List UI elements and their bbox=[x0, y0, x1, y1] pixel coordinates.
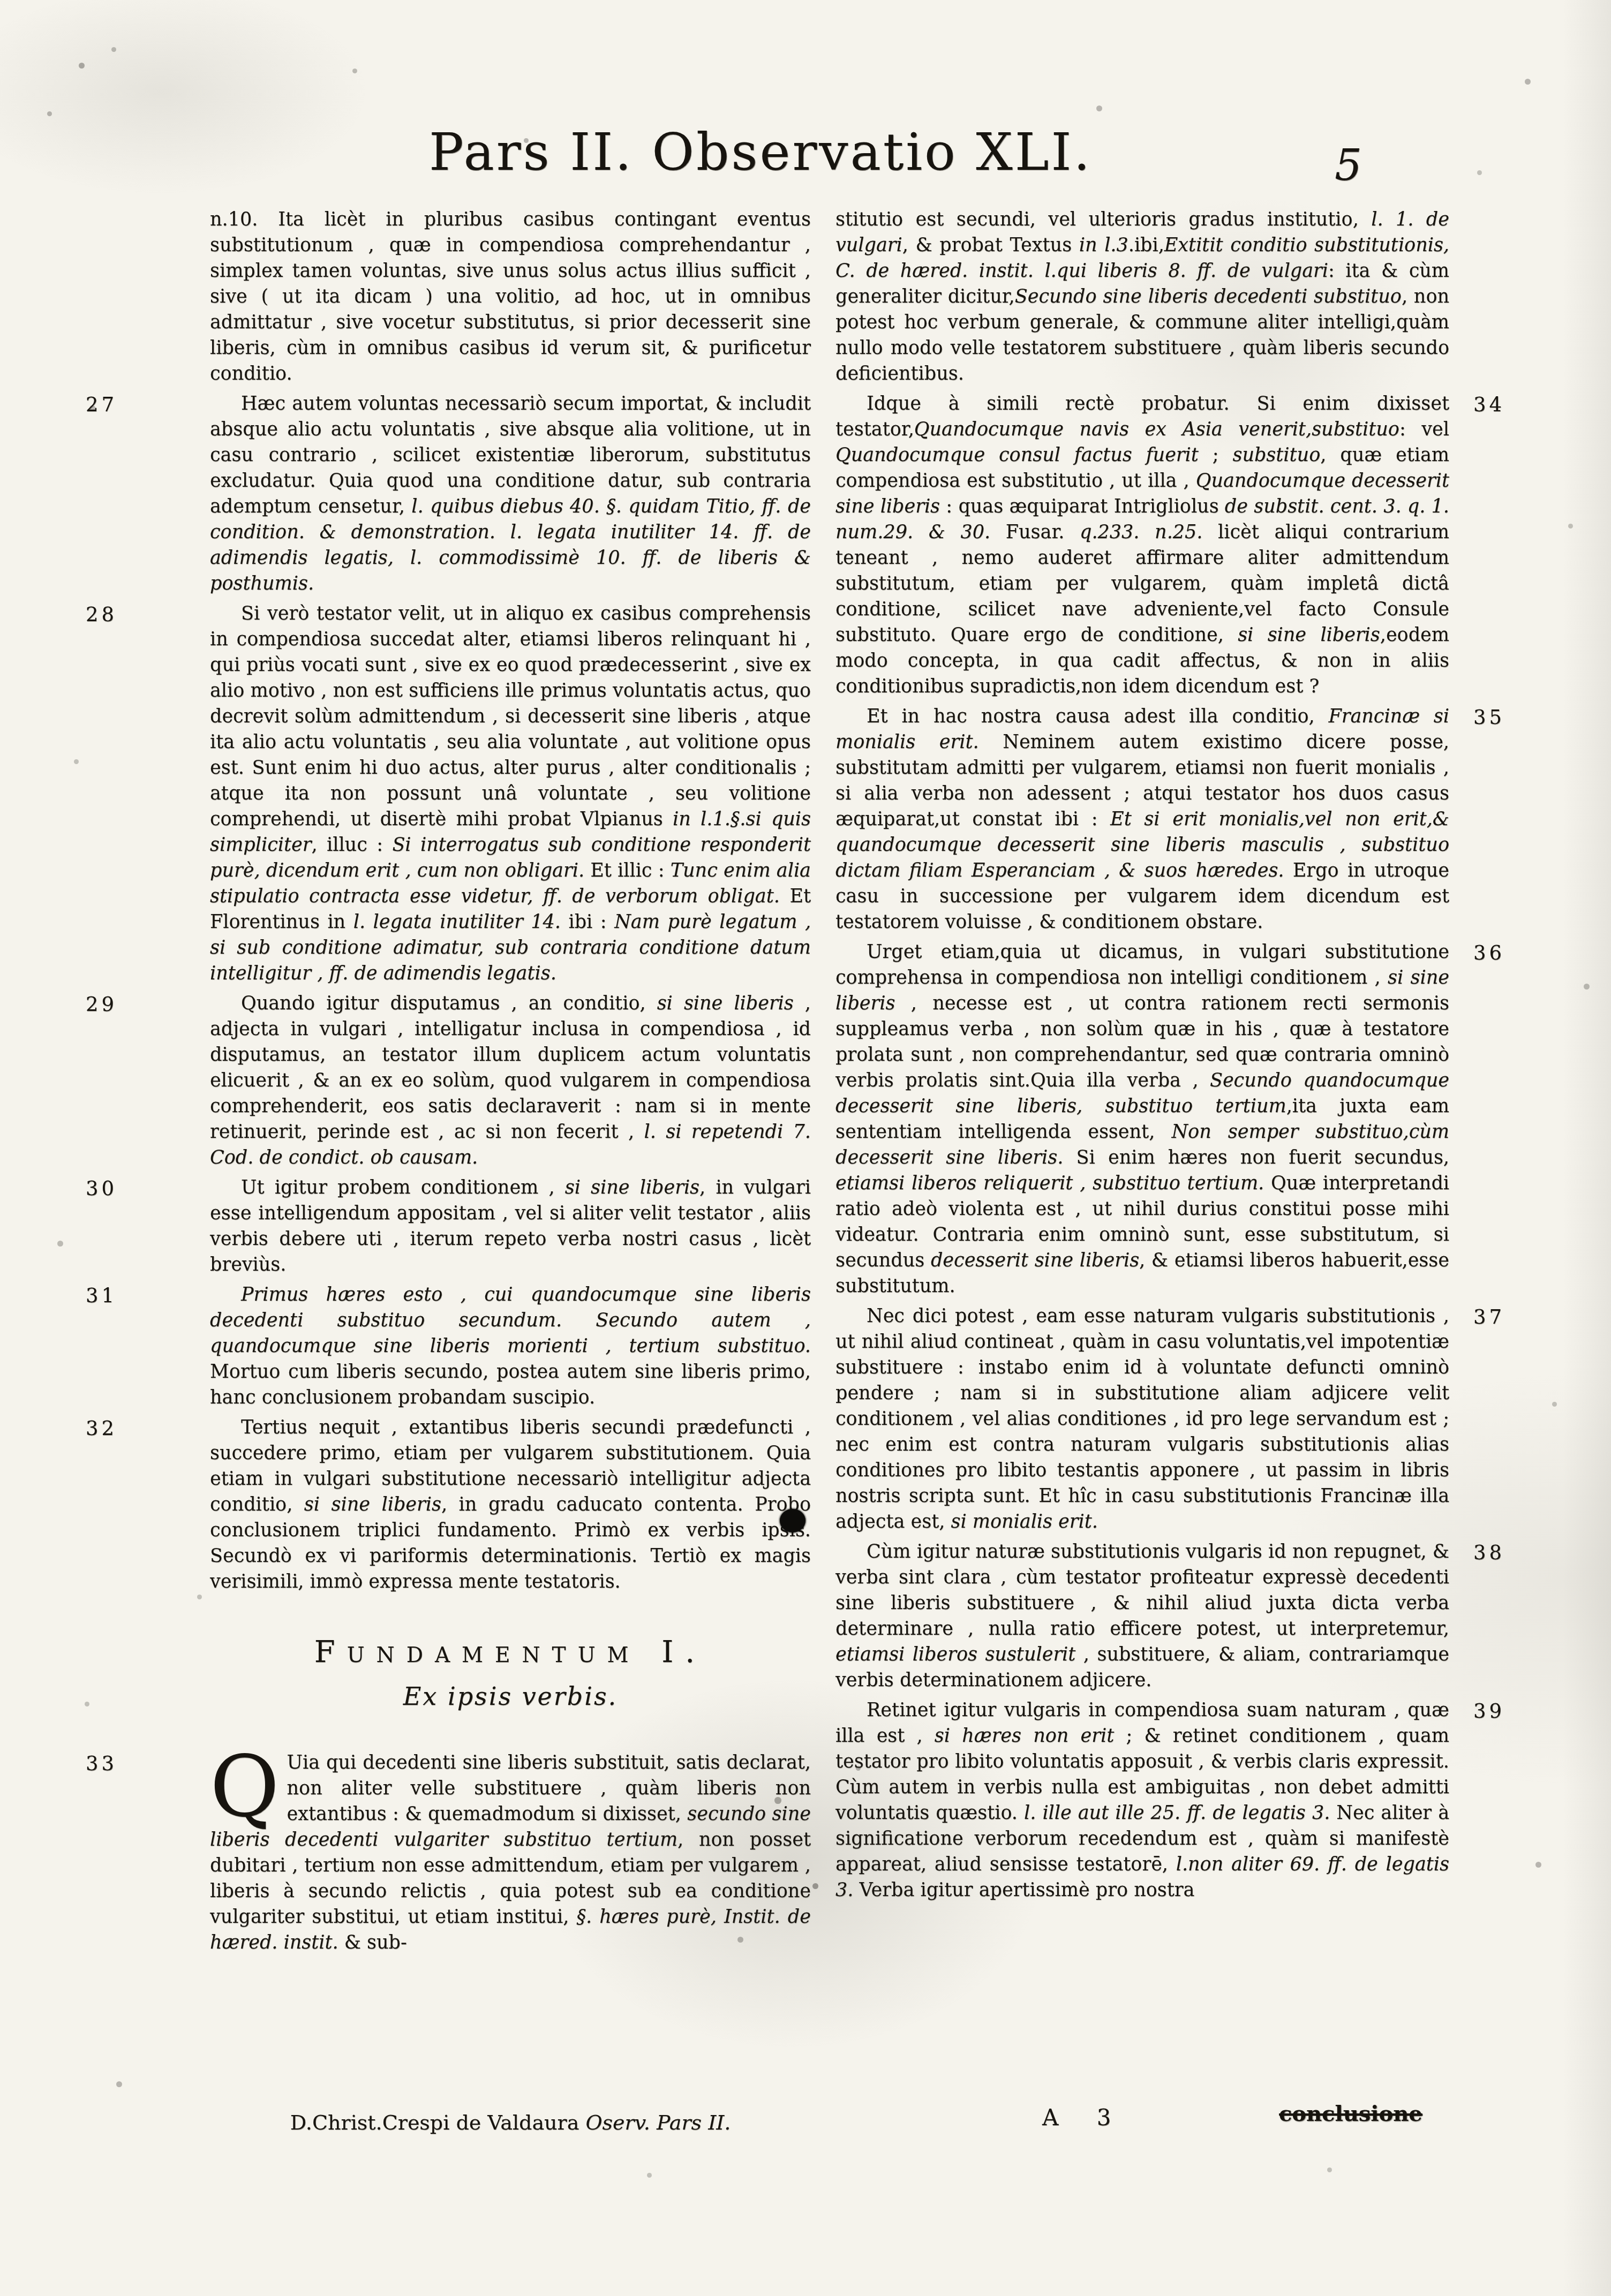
paragraph: 33QUia qui decedenti sine liberis substi… bbox=[210, 1750, 811, 1955]
italic-text-run: Primus hæres esto , cui quandocumque sin… bbox=[210, 1284, 811, 1357]
page-header: Pars II. Observatio XLI. bbox=[343, 122, 1178, 182]
scan-speckles bbox=[0, 0, 3, 3]
text-run: Ut igitur probem conditionem , bbox=[241, 1177, 565, 1198]
text-run: Et in hac nostra causa adest illa condit… bbox=[867, 706, 1328, 727]
paragraph: 28Si verò testator velit, ut in aliquo e… bbox=[210, 601, 811, 986]
margin-number: 29 bbox=[86, 992, 117, 1017]
margin-number: 36 bbox=[1473, 940, 1505, 966]
text-run: : quas æquiparat Intrigliolus bbox=[940, 496, 1225, 517]
margin-number: 39 bbox=[1473, 1698, 1505, 1724]
italic-text-run: si sine liberis bbox=[657, 993, 794, 1014]
paragraph: 38Cùm igitur naturæ substitutionis vulga… bbox=[835, 1539, 1449, 1693]
text-run: Et illic : bbox=[584, 860, 671, 881]
italic-text-run: si hæres non erit bbox=[935, 1725, 1114, 1747]
paragraph: 36Urget etiam,quia ut dicamus, in vulgar… bbox=[835, 939, 1449, 1299]
paragraph: n.10. Ita licèt in pluribus casibus cont… bbox=[210, 207, 811, 387]
text-run: Si verò testator velit, ut in aliquo ex … bbox=[210, 603, 811, 830]
italic-text-run: Quandocumque consul factus fuerit bbox=[835, 444, 1199, 466]
scanned-book-page: { "header": { "title": "Pars II. Observa… bbox=[0, 0, 1611, 2296]
italic-text-run: etiamsi liberos sustulerit bbox=[835, 1644, 1075, 1665]
italic-text-run: Quandocumque navis ex Asia venerit,subst… bbox=[914, 419, 1399, 440]
text-run: Nec dici potest , eam esse naturam vulga… bbox=[835, 1305, 1449, 1532]
margin-number: 33 bbox=[86, 1751, 117, 1777]
margin-number: 37 bbox=[1473, 1304, 1505, 1330]
margin-number: 28 bbox=[86, 602, 117, 628]
paragraph: 32Tertius nequit , extantibus liberis se… bbox=[210, 1415, 811, 1595]
right-column-paragraphs: stitutio est secundi, vel ulterioris gra… bbox=[835, 207, 1449, 1903]
drop-cap: Q bbox=[210, 1750, 287, 1818]
text-run: Quando igitur disputamus , an conditio, bbox=[241, 993, 657, 1014]
paragraph: 31Primus hæres esto , cui quandocumque s… bbox=[210, 1282, 811, 1410]
margin-number: 32 bbox=[86, 1416, 117, 1441]
italic-text-run: q.233. n.25. bbox=[1080, 522, 1202, 543]
margin-number: 35 bbox=[1473, 705, 1505, 730]
italic-text-run: si sine liberis bbox=[1238, 624, 1380, 646]
left-column-paragraphs-after-heading: 33QUia qui decedenti sine liberis substi… bbox=[210, 1750, 811, 1955]
text-run: n.10. Ita licèt in pluribus casibus cont… bbox=[210, 209, 811, 384]
text-run: Si enim hæres non fuerit secundus, bbox=[1063, 1147, 1449, 1168]
text-run: Fusar. bbox=[990, 522, 1080, 543]
paragraph: 27Hæc autem voluntas necessariò secum im… bbox=[210, 391, 811, 596]
ink-blot bbox=[780, 1509, 806, 1532]
italic-text-run: si monialis erit. bbox=[951, 1511, 1098, 1532]
paragraph: 30Ut igitur probem conditionem , si sine… bbox=[210, 1175, 811, 1278]
section-heading: Fundamentum I. bbox=[210, 1640, 811, 1665]
text-run: .ibi, bbox=[1128, 235, 1164, 256]
footer-work-title: Oserv. Pars II. bbox=[585, 2111, 731, 2134]
margin-number: 27 bbox=[86, 392, 117, 418]
right-column: stitutio est secundi, vel ulterioris gra… bbox=[835, 207, 1449, 1907]
running-footer: D.Christ.Crespi de Valdaura Oserv. Pars … bbox=[210, 2111, 811, 2134]
paragraph: 29Quando igitur disputamus , an conditio… bbox=[210, 991, 811, 1170]
text-run: & sub- bbox=[338, 1932, 407, 1953]
paragraph: 39Retinet igitur vulgaris in compendiosa… bbox=[835, 1697, 1449, 1903]
italic-text-run: si sine liberis bbox=[304, 1494, 441, 1515]
text-run: , adjecta in vulgari , intelligatur incl… bbox=[210, 993, 811, 1143]
paragraph: 35Et in hac nostra causa adest illa cond… bbox=[835, 704, 1449, 935]
text-run: Mortuo cum liberis secundo, postea autem… bbox=[210, 1361, 811, 1408]
italic-text-run: decesserit sine liberis bbox=[931, 1250, 1139, 1271]
section-subheading: Ex ipsis verbis. bbox=[210, 1683, 811, 1709]
italic-text-run: Secundo sine liberis decedenti substituo bbox=[1015, 286, 1402, 307]
margin-number: 38 bbox=[1473, 1540, 1505, 1566]
italic-text-run: etiamsi liberos reliquerit , substituo t… bbox=[835, 1173, 1264, 1194]
italic-text-run: l. ille aut ille 25. ff. de legatis 3. bbox=[1024, 1802, 1330, 1824]
italic-text-run: substituo bbox=[1232, 444, 1320, 466]
left-column: n.10. Ita licèt in pluribus casibus cont… bbox=[210, 207, 811, 1960]
paragraph: 34Idque à simili rectè probatur. Si enim… bbox=[835, 391, 1449, 699]
text-run: Urget etiam,quia ut dicamus, in vulgari … bbox=[835, 941, 1449, 988]
paragraph: stitutio est secundi, vel ulterioris gra… bbox=[835, 207, 1449, 387]
text-run: ; bbox=[1199, 444, 1233, 466]
text-run: ibi : bbox=[561, 911, 614, 933]
italic-text-run: si sine liberis bbox=[565, 1177, 699, 1198]
italic-text-run: l. legata inutiliter 14. bbox=[353, 911, 561, 933]
paragraph: 37Nec dici potest , eam esse naturam vul… bbox=[835, 1303, 1449, 1535]
text-run: : vel bbox=[1399, 419, 1449, 440]
text-run: Cùm igitur naturæ substitutionis vulgari… bbox=[835, 1541, 1449, 1640]
signature-mark: A 3 bbox=[1042, 2104, 1111, 2131]
text-run: , illuc : bbox=[311, 834, 392, 856]
margin-number: 34 bbox=[1473, 392, 1505, 418]
text-run: , & probat Textus bbox=[902, 235, 1079, 256]
page-number: 5 bbox=[1335, 140, 1362, 190]
margin-number: 30 bbox=[86, 1176, 117, 1202]
catchword: conclusione bbox=[1279, 2101, 1422, 2126]
text-run: stitutio est secundi, vel ulterioris gra… bbox=[835, 209, 1371, 230]
italic-text-run: in l.3 bbox=[1079, 235, 1128, 256]
text-run: Verba igitur apertissimè pro nostra bbox=[853, 1879, 1194, 1901]
footer-author: D.Christ.Crespi de Valdaura bbox=[290, 2111, 586, 2134]
margin-number: 31 bbox=[86, 1283, 117, 1309]
left-column-paragraphs: n.10. Ita licèt in pluribus casibus cont… bbox=[210, 207, 811, 1595]
